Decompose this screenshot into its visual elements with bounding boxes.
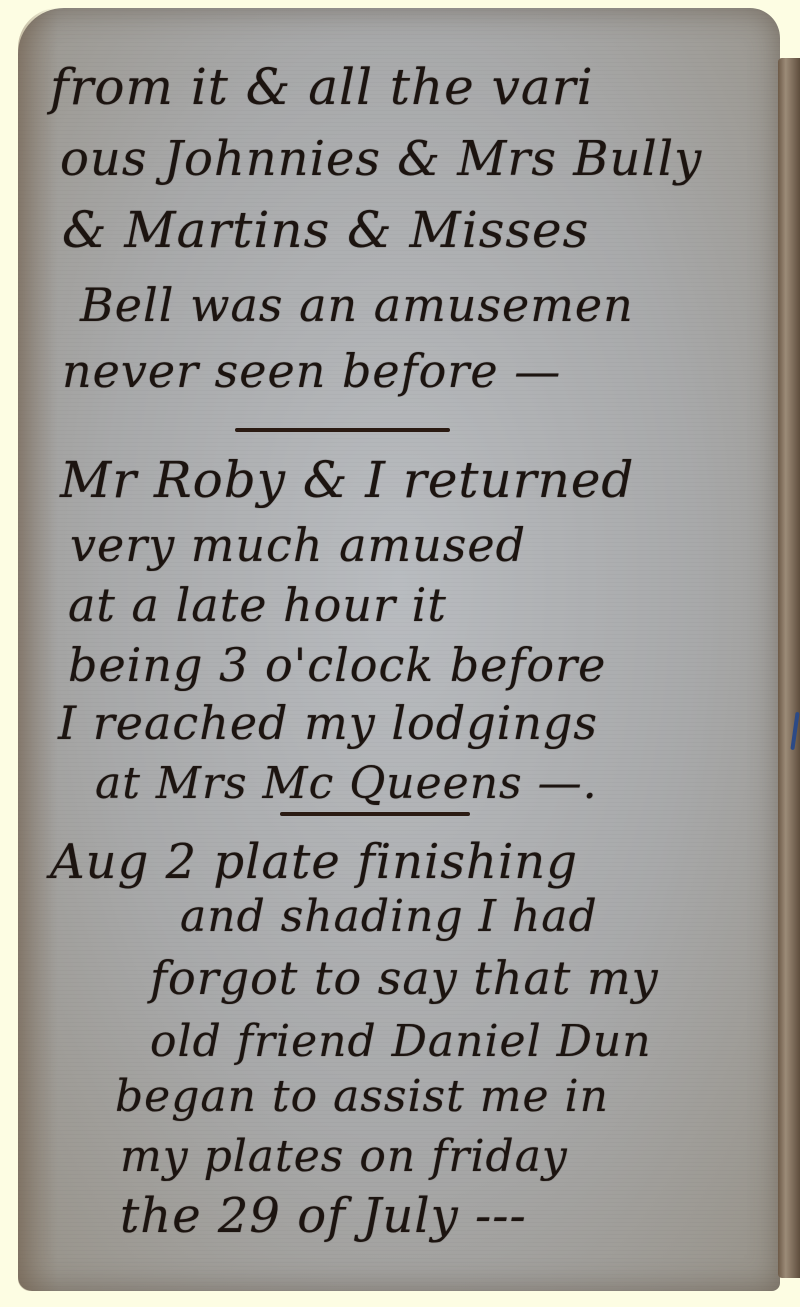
section-divider <box>235 428 450 432</box>
handwriting-line: I reached my lodgings <box>58 700 598 746</box>
handwriting-line: never seen before — <box>62 348 561 394</box>
handwriting-line: my plates on friday <box>120 1135 568 1179</box>
handwriting-line: at a late hour it <box>68 582 447 628</box>
handwriting-line: old friend Daniel Dun <box>150 1020 652 1064</box>
handwriting-line: at Mrs Mc Queens —. <box>95 762 598 806</box>
handwriting-line: and shading I had <box>180 895 598 939</box>
handwriting-line: Mr Roby & I returned <box>60 455 634 505</box>
handwriting-line: began to assist me in <box>115 1075 609 1119</box>
handwriting-line: ous Johnnies & Mrs Bully <box>60 135 702 183</box>
handwriting-line: very much amused <box>70 522 526 568</box>
handwriting-line: from it & all the vari <box>50 62 594 112</box>
handwriting-line: Aug 2 plate finishing <box>50 838 578 886</box>
handwriting-line: & Martins & Misses <box>62 205 589 255</box>
handwriting-line: Bell was an amusemen <box>80 282 634 328</box>
handwriting-line: forgot to say that my <box>150 955 659 1001</box>
handwriting-line: the 29 of July --- <box>120 1192 527 1240</box>
book-spine <box>778 58 800 1278</box>
handwriting-line: being 3 o'clock before <box>68 642 606 688</box>
section-divider <box>280 812 470 816</box>
